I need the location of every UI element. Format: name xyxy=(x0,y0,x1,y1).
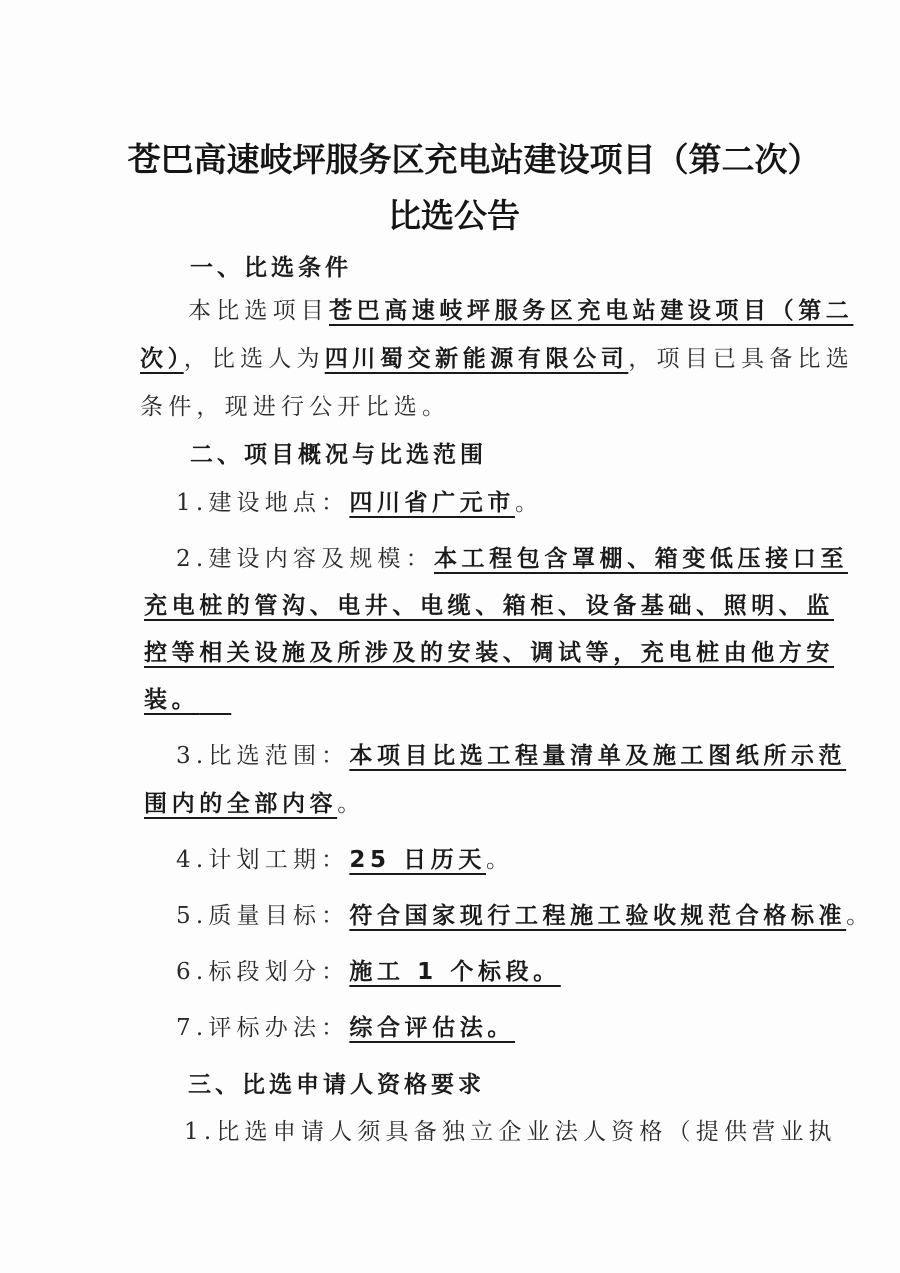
paragraph-conditions-line1: 本比选项目苍巴高速岐坪服务区充电站建设项目（第二 xyxy=(188,296,853,326)
item-value: 围内的全部内容 xyxy=(144,791,337,817)
item-content-scale-line3: 控等相关设施及所涉及的安装、调试等，充电桩由他方安 xyxy=(144,638,834,668)
item-label: 7.评标办法： xyxy=(176,1015,349,1041)
item-value: 综合评估法。 xyxy=(349,1015,515,1041)
item-value: 控等相关设施及所涉及的安装、调试等，充电桩由他方安 xyxy=(144,640,834,666)
item-content-scale-line1: 2.建设内容及规模：本工程包含罩棚、箱变低压接口至 xyxy=(176,544,848,574)
item-duration: 4.计划工期：25 日历天。 xyxy=(176,845,514,875)
item-value: 本工程包含罩棚、箱变低压接口至 xyxy=(434,546,848,572)
item-value: 充电桩的管沟、电井、电缆、箱柜、设备基础、照明、监 xyxy=(144,593,834,619)
item-value: 本项目比选工程量清单及施工图纸所示范 xyxy=(349,743,846,769)
item-scope-line1: 3.比选范围：本项目比选工程量清单及施工图纸所示范 xyxy=(176,741,846,771)
text-prefix: 本比选项目 xyxy=(188,298,329,324)
paragraph-conditions-line3: 条件，现进行公开比选。 xyxy=(140,392,450,422)
item-label: 6.标段划分： xyxy=(176,959,349,985)
item-suffix: 。 xyxy=(846,903,874,929)
item-label: 4.计划工期： xyxy=(176,847,349,873)
item-quality: 5.质量目标：符合国家现行工程施工验收规范合格标准。 xyxy=(176,901,874,931)
item-lots: 6.标段划分：施工 1 个标段。 xyxy=(176,957,561,987)
item-label: 2.建设内容及规模： xyxy=(176,546,434,572)
item-value: 符合国家现行工程施工验收规范合格标准 xyxy=(349,903,846,929)
item-suffix: 。 xyxy=(337,791,365,817)
document-title-line2: 比选公告 xyxy=(4,190,900,237)
item-value: 25 日历天 xyxy=(349,847,486,873)
section-heading-conditions: 一、比选条件 xyxy=(190,253,352,283)
item-value: 装。 xyxy=(144,687,199,713)
text-suffix: ，项目已具备比选 xyxy=(628,346,854,372)
item-label: 3.比选范围： xyxy=(176,743,349,769)
item-content-scale-line2: 充电桩的管沟、电井、电缆、箱柜、设备基础、照明、监 xyxy=(144,591,834,621)
item-suffix: 。 xyxy=(486,847,514,873)
document-page: 苍巴高速岐坪服务区充电站建设项目（第二次） 比选公告 一、比选条件 本比选项目苍… xyxy=(0,0,900,1273)
item-scope-line2: 围内的全部内容。 xyxy=(144,789,365,819)
paragraph-conditions-line2: 次），比选人为四川蜀交新能源有限公司，项目已具备比选 xyxy=(140,344,854,374)
item-evaluation: 7.评标办法：综合评估法。 xyxy=(176,1013,515,1043)
item-label: 1.建设地点： xyxy=(176,490,349,516)
section-heading-qualifications: 三、比选申请人资格要求 xyxy=(188,1070,485,1100)
project-name-underlined-cont: 次） xyxy=(140,346,184,372)
document-title-line1: 苍巴高速岐坪服务区充电站建设项目（第二次） xyxy=(24,134,900,181)
qualification-item-1: 1.比选申请人须具备独立企业法人资格（提供营业执 xyxy=(184,1117,837,1147)
section-heading-overview: 二、项目概况与比选范围 xyxy=(190,440,487,470)
project-name-underlined: 苍巴高速岐坪服务区充电站建设项目（第二 xyxy=(329,298,853,324)
item-content-scale-line4: 装。 xyxy=(144,685,231,715)
selector-company-underlined: 四川蜀交新能源有限公司 xyxy=(325,346,629,372)
text-mid: ，比选人为 xyxy=(184,346,325,372)
item-suffix: 。 xyxy=(515,490,543,516)
item-location: 1.建设地点：四川省广元市。 xyxy=(176,488,543,518)
item-label: 5.质量目标： xyxy=(176,903,349,929)
item-value: 四川省广元市 xyxy=(349,490,515,516)
item-value: 施工 1 个标段。 xyxy=(349,959,560,985)
